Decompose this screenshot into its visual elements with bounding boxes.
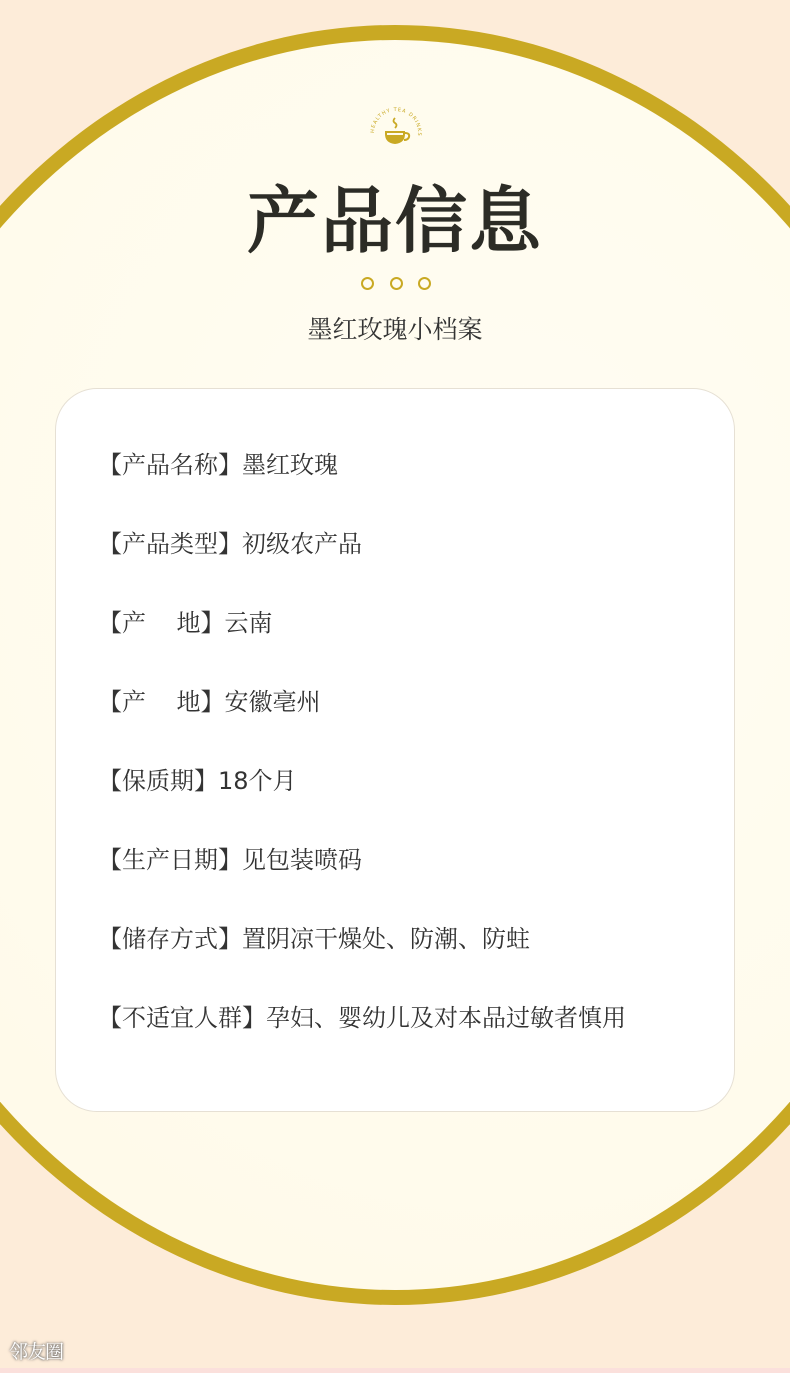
product-info-card: 【产品名称】墨红玫瑰 【产品类型】初级农产品 【产 地】云南 【产 地】安徽亳州… — [55, 388, 735, 1112]
decorative-dots — [361, 277, 431, 293]
row-value: 孕妇、婴幼儿及对本品过敏者慎用 — [266, 1004, 626, 1032]
info-row-unsuitable: 【不适宜人群】孕妇、婴幼儿及对本品过敏者慎用 — [98, 1001, 626, 1035]
row-value: 18个月 — [218, 767, 297, 795]
row-value: 安徽亳州 — [225, 688, 321, 716]
row-label: 【产品类型】 — [98, 530, 242, 558]
info-row-origin: 【产 地】云南 — [98, 606, 273, 640]
info-row-production-date: 【生产日期】见包装喷码 — [98, 843, 362, 877]
row-label: 【产品名称】 — [98, 451, 242, 479]
bottom-strip — [0, 1368, 790, 1373]
tea-cup-logo-icon: HEALTHY TEA DRINKS — [367, 104, 425, 162]
row-label: 【产 地】 — [98, 609, 225, 637]
row-value: 见包装喷码 — [242, 846, 362, 874]
row-label: 【不适宜人群】 — [98, 1004, 266, 1032]
circle-dot-icon — [418, 277, 431, 290]
row-label: 【储存方式】 — [98, 925, 242, 953]
row-label: 【产 地】 — [98, 688, 225, 716]
info-row-type: 【产品类型】初级农产品 — [98, 527, 362, 561]
page-title: 产品信息 — [0, 176, 790, 266]
circle-dot-icon — [361, 277, 374, 290]
page-subtitle: 墨红玫瑰小档案 — [0, 312, 790, 348]
circle-dot-icon — [390, 277, 403, 290]
row-value: 置阴凉干燥处、防潮、防蛀 — [242, 925, 530, 953]
row-label: 【保质期】 — [98, 767, 218, 795]
info-row-origin-2: 【产 地】安徽亳州 — [98, 685, 321, 719]
watermark: 邻友圈 — [9, 1337, 63, 1364]
row-value: 云南 — [225, 609, 273, 637]
row-value: 初级农产品 — [242, 530, 362, 558]
row-value: 墨红玫瑰 — [242, 451, 338, 479]
info-row-shelf-life: 【保质期】18个月 — [98, 764, 297, 798]
info-row-name: 【产品名称】墨红玫瑰 — [98, 448, 338, 482]
info-row-storage: 【储存方式】置阴凉干燥处、防潮、防蛀 — [98, 922, 530, 956]
row-label: 【生产日期】 — [98, 846, 242, 874]
